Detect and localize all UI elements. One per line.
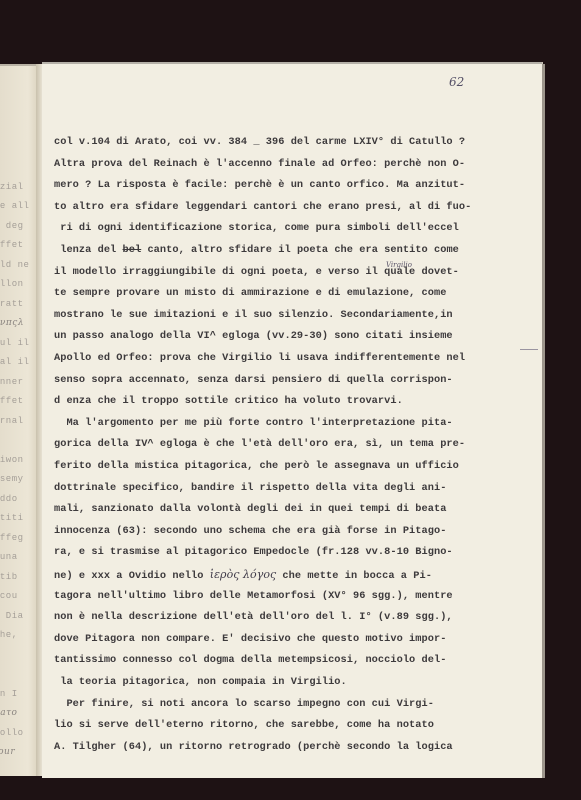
- facing-page-text: oddo: [0, 494, 40, 504]
- facing-page-text: ornal: [0, 416, 40, 426]
- text-line: tantissimo connesso col dogma della mete…: [54, 654, 446, 666]
- text-line: Ma l'argomento per me più forte contro l…: [54, 417, 453, 429]
- text-line: innocenza (63): secondo uno schema che e…: [54, 525, 446, 537]
- text-line: dove Pitagora non compare. E' decisivo c…: [54, 633, 446, 645]
- text-line: ne) e xxx a Ovidio nello ἱερὸς λόγος che…: [54, 568, 432, 582]
- facing-page-text: ohe,: [0, 630, 40, 640]
- facing-page-text: ssemy: [0, 474, 40, 484]
- page-number: 62: [449, 75, 464, 89]
- text-line: non è nella descrizione dell'età dell'or…: [54, 611, 453, 623]
- facing-page-text: λaτo: [0, 708, 40, 718]
- facing-page-text: à deg: [0, 221, 40, 231]
- text-line: lio si serve dell'eterno ritorno, che sa…: [54, 719, 434, 731]
- facing-page-text: affet: [0, 396, 40, 406]
- text-line: col v.104 di Arato, coi vv. 384 _ 396 de…: [54, 136, 465, 148]
- struck-word: bel: [123, 244, 142, 256]
- text-line: senso sopra accennato, senza darsi pensi…: [54, 374, 453, 386]
- facing-page-text: old ne: [0, 260, 40, 270]
- text-line: un passo analogo della VI^ egloga (vv.29…: [54, 330, 453, 342]
- facing-page-text: he all: [0, 201, 40, 211]
- facing-page-text: ful il: [0, 338, 40, 348]
- facing-page-text: on I: [0, 689, 40, 699]
- facing-page-text: ονπςλ: [0, 318, 40, 328]
- text-line: ri di ogni identificazione storica, come…: [54, 222, 459, 234]
- text-line: lenza del bel canto, altro sfidare il po…: [54, 244, 459, 256]
- facing-page-text: a Dia: [0, 611, 40, 621]
- text-line: mali, sanzionato dalla volontà degli dei…: [54, 503, 446, 515]
- facing-page-text: zollo: [0, 728, 40, 738]
- greek-phrase: ἱερὸς λόγος: [210, 568, 276, 581]
- facing-page-fragment: -zialhe allà degaffetold neallonerattονπ…: [0, 64, 40, 776]
- facing-page-text: tuna: [0, 552, 40, 562]
- scanned-document-view: -zialhe allà degaffetold neallonerattονπ…: [0, 0, 581, 800]
- facing-page-text: eratt: [0, 299, 40, 309]
- facing-page-text: diwon: [0, 455, 40, 465]
- facing-page-text: affeg: [0, 533, 40, 543]
- text-line: il modello irraggiungibile di ogni poeta…: [54, 266, 459, 278]
- facing-page-text: ntib: [0, 572, 40, 582]
- text-line: Per finire, si noti ancora lo scarso imp…: [54, 698, 434, 710]
- facing-page-text: 'cou: [0, 591, 40, 601]
- margin-mark: [520, 349, 538, 350]
- text-line: Apollo ed Orfeo: prova che Virgilio li u…: [54, 352, 465, 364]
- facing-page-text: stiti: [0, 513, 40, 523]
- text-line: Altra prova del Reinach è l'accenno fina…: [54, 158, 465, 170]
- text-line: A. Tilgher (64), un ritorno retrogrado (…: [54, 741, 453, 753]
- facing-page-text: -zial: [0, 182, 40, 192]
- text-line: tagora nell'ultimo libro delle Metamorfo…: [54, 590, 453, 602]
- text-line: ferito della mistica pitagorica, che per…: [54, 460, 459, 472]
- text-line: to altro era sfidare leggendari cantori …: [54, 201, 471, 213]
- text-line: te sempre provare un misto di ammirazion…: [54, 287, 446, 299]
- text-line: d enza che il troppo sottile critico ha …: [54, 395, 403, 407]
- text-line: dottrinale specifico, bandire il rispett…: [54, 482, 446, 494]
- text-line: mostrano le sue imitazioni e il suo sile…: [54, 309, 453, 321]
- typewritten-page: 62 Virgilio col v.104 di Arato, coi vv. …: [42, 62, 542, 778]
- facing-page-text: anner: [0, 377, 40, 387]
- facing-page-text: mal il: [0, 357, 40, 367]
- text-line: mero ? La risposta è facile: perchè è un…: [54, 179, 465, 191]
- facing-page-text: affet: [0, 240, 40, 250]
- facing-page-text: Jour: [0, 747, 40, 757]
- text-line: ra, e si trasmise al pitagorico Empedocl…: [54, 546, 453, 558]
- text-line: gorica della IV^ egloga è che l'età dell…: [54, 438, 465, 450]
- facing-page-text: allon: [0, 279, 40, 289]
- text-line: la teoria pitagorica, non compaia in Vir…: [54, 676, 347, 688]
